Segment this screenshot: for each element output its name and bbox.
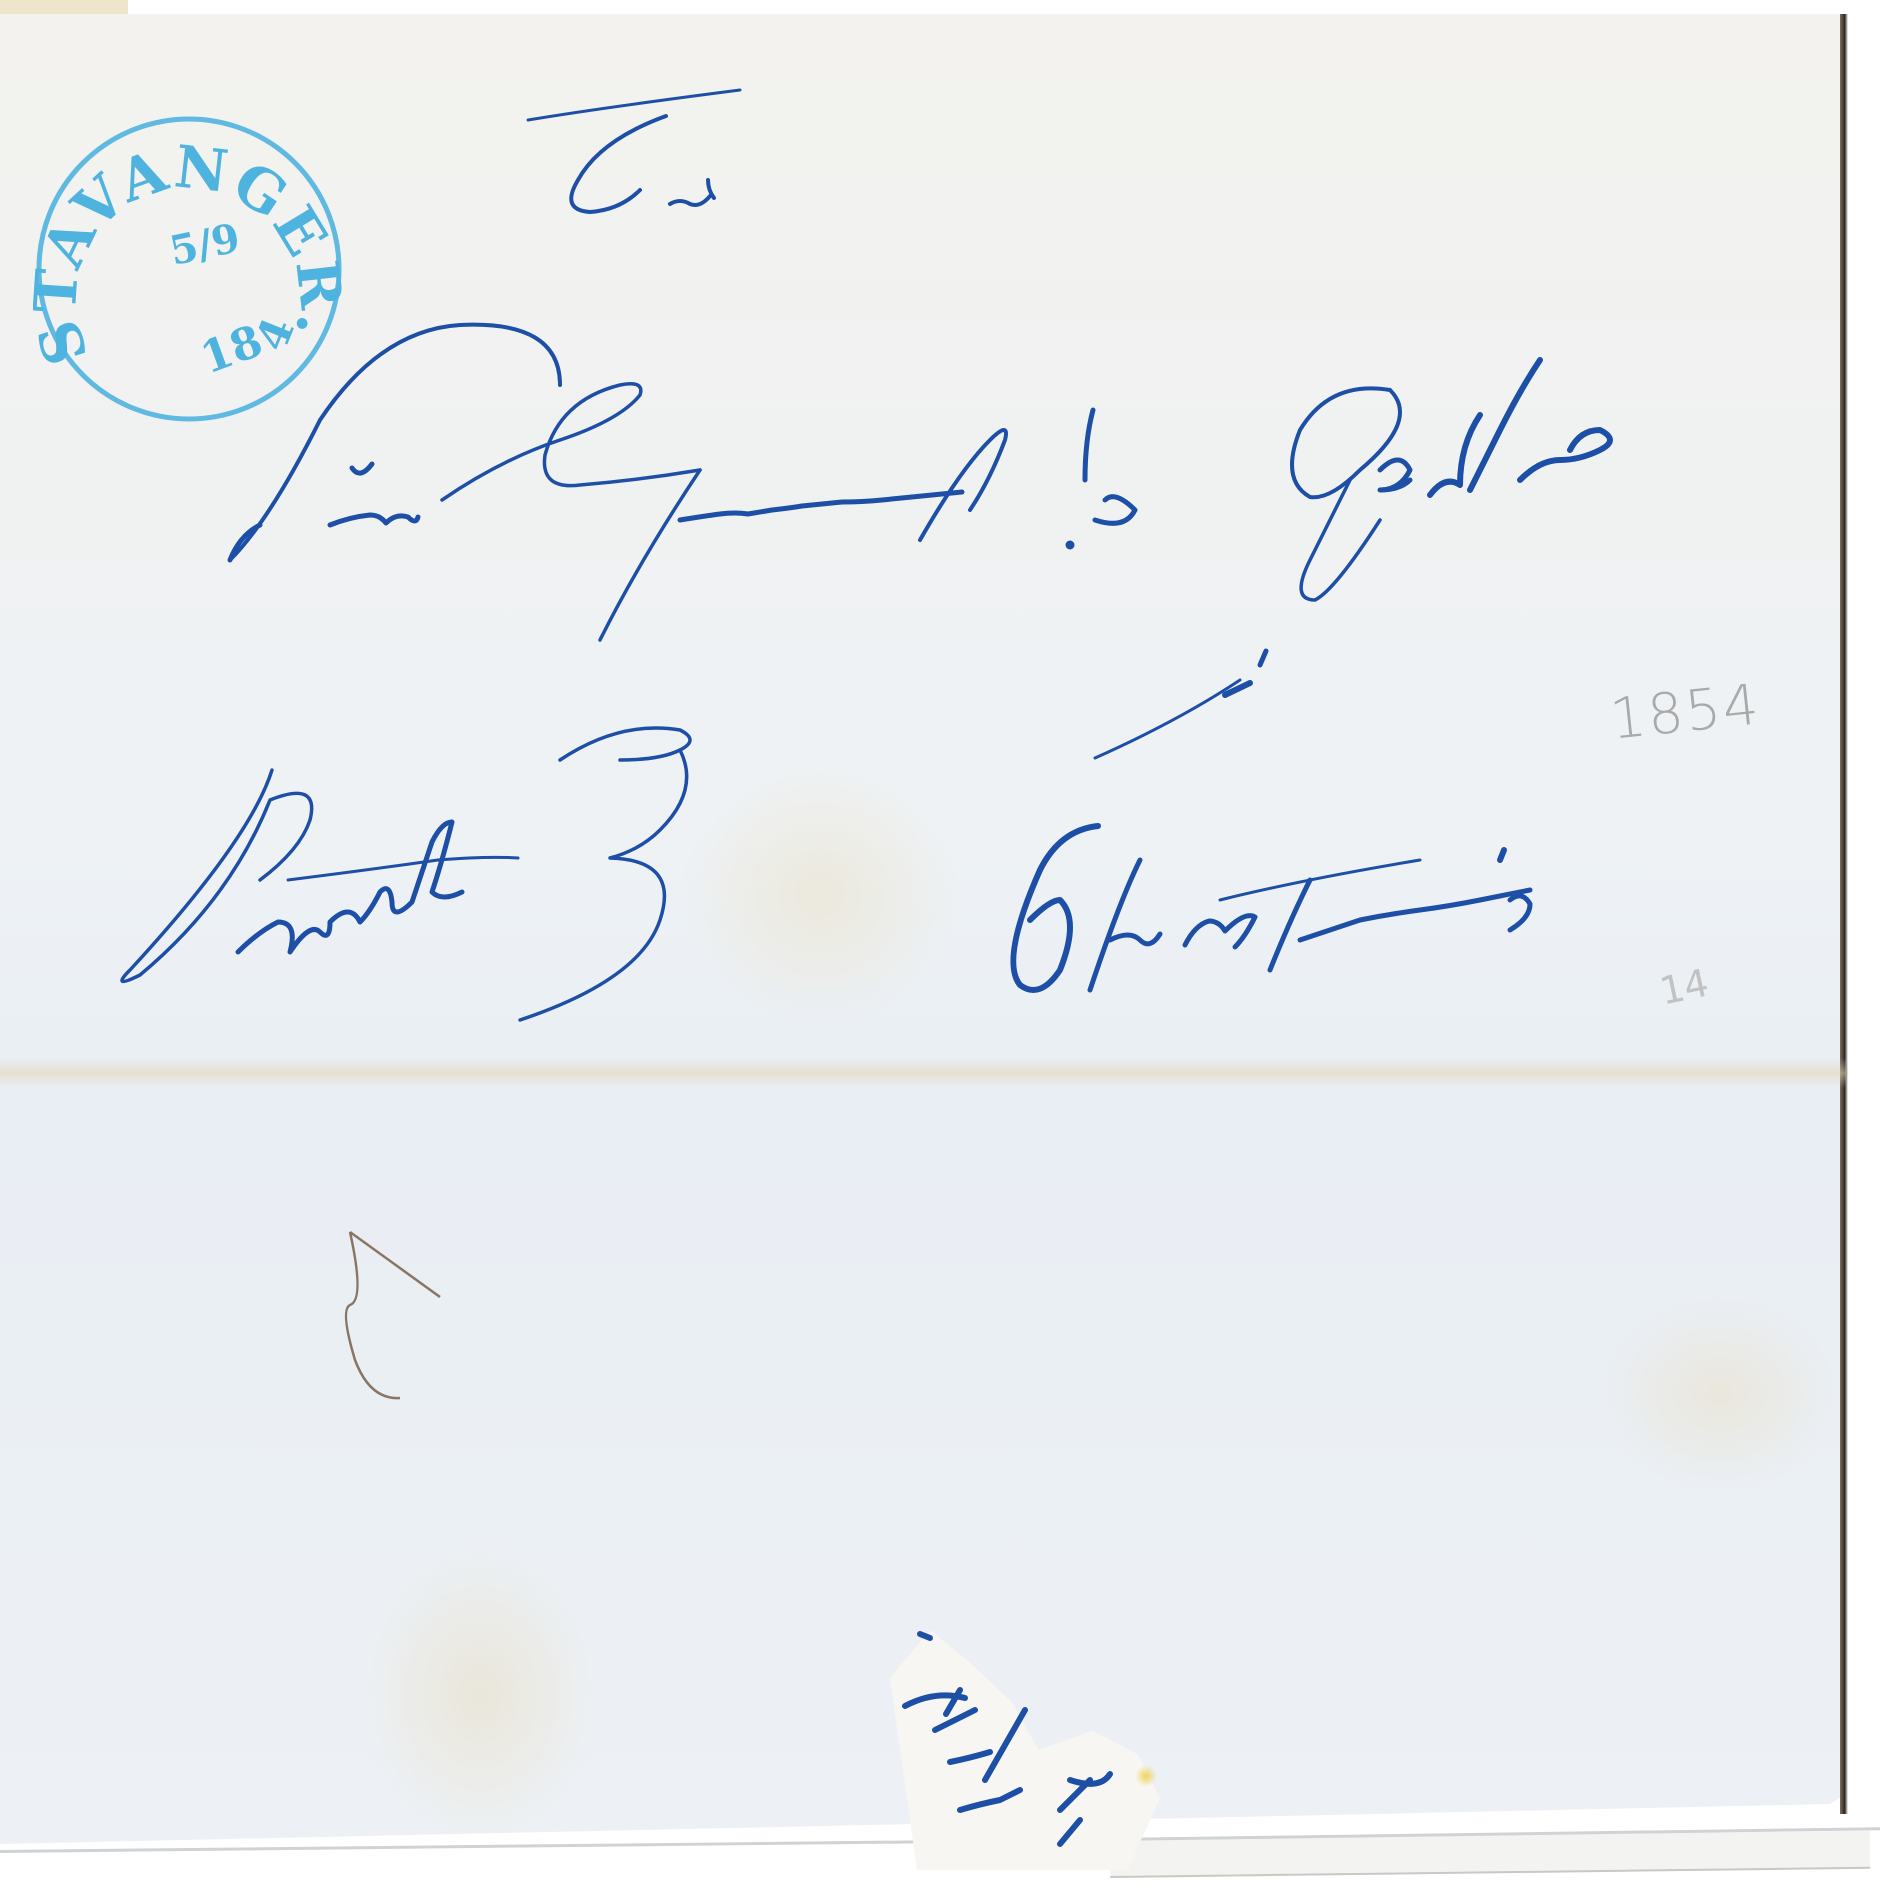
pencil-mark (346, 1232, 440, 1398)
handwriting-generalinde (442, 384, 1135, 640)
letter-scan: STAVANGER. 5/9 18 4 (0, 0, 1886, 1900)
handwriting-christiania (1013, 826, 1530, 990)
handwriting-i (1095, 651, 1266, 758)
handwriting-strokes (0, 0, 1886, 1900)
handwriting-bottom-fragment (905, 1634, 1110, 1844)
handwriting-betalt (122, 728, 690, 1020)
handwriting-til (528, 90, 740, 212)
handwriting-gedde (1292, 360, 1610, 600)
handwriting-frue (230, 325, 560, 560)
